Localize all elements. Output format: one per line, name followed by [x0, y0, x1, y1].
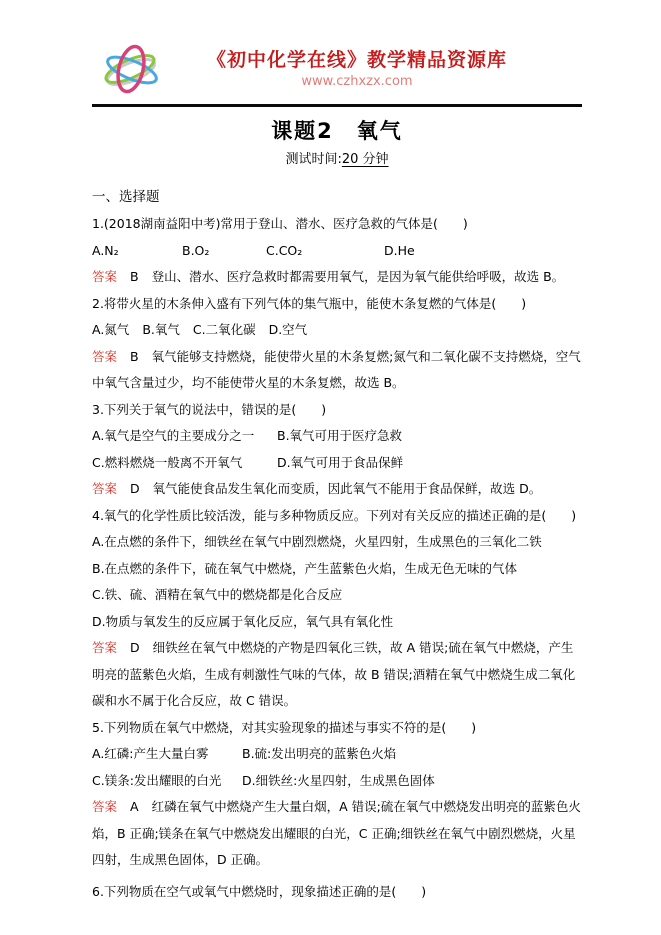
option: A.氧气是空气的主要成分之一 [92, 423, 277, 450]
page-title: 课题2 氧气 [92, 117, 582, 145]
question-stem: 2.将带火星的木条伸入盛有下列气体的集气瓶中，能使木条复燃的气体是( ) [92, 291, 582, 318]
header-divider [92, 104, 582, 107]
answer: 答案B登山、潜水、医疗急救时都需要用氧气，是因为氧气能供给呼吸，故选 B。 [92, 264, 582, 291]
question-6: 6.下列物质在空气或氧气中燃烧时，现象描述正确的是( ) [92, 879, 582, 906]
site-header: 《初中化学在线》教学精品资源库 www.czhxzx.com [92, 42, 582, 96]
question-3: 3.下列关于氧气的说法中，错误的是( )A.氧气是空气的主要成分之一B.氧气可用… [92, 397, 582, 503]
site-header-text: 《初中化学在线》教学精品资源库 www.czhxzx.com [172, 48, 582, 90]
answer-explanation: 登山、潜水、医疗急救时都需要用氧气，是因为氧气能供给呼吸，故选 B。 [152, 269, 565, 284]
option: A.氮气 [92, 317, 129, 344]
option: A.红磷:产生大量白雾 [92, 741, 242, 768]
option: D.氧气可用于食品保鲜 [277, 450, 403, 477]
option-row: B.在点燃的条件下，硫在氧气中燃烧，产生蓝紫色火焰，生成无色无味的气体 [92, 556, 582, 583]
answer-letter: B [130, 269, 139, 284]
option-row: D.物质与氧发生的反应属于氧化反应，氧气具有氧化性 [92, 609, 582, 636]
answer-label: 答案 [92, 349, 117, 364]
option-row: A.红磷:产生大量白雾B.硫:发出明亮的蓝紫色火焰 [92, 741, 582, 768]
option: B.氧气 [142, 317, 180, 344]
question-stem: 6.下列物质在空气或氧气中燃烧时，现象描述正确的是( ) [92, 879, 582, 906]
option: C.镁条:发出耀眼的白光 [92, 768, 242, 795]
option: C.CO₂ [266, 238, 384, 265]
test-time-value: 20 分钟 [342, 152, 389, 167]
answer-letter: D [130, 481, 140, 496]
answer-letter: A [130, 799, 139, 814]
answer-explanation: 氧气能使食品发生氧化而变质，因此氧气不能用于食品保鲜，故选 D。 [153, 481, 542, 496]
answer-explanation: 红磷在氧气中燃烧产生大量白烟，A 错误;硫在氧气中燃烧发出明亮的蓝紫色火焰，B … [92, 799, 581, 867]
option: A.在点燃的条件下，细铁丝在氧气中剧烈燃烧，火星四射，生成黑色的三氧化二铁 [92, 529, 542, 556]
question-4: 4.氧气的化学性质比较活泼，能与多种物质反应。下列对有关反应的描述正确的是( )… [92, 503, 582, 715]
section-heading: 一、选择题 [92, 184, 582, 211]
option: B.O₂ [182, 238, 266, 265]
answer-explanation: 细铁丝在氧气中燃烧的产物是四氧化三铁，故 A 错误;硫在氧气中燃烧，产生明亮的蓝… [92, 640, 575, 708]
option: A.N₂ [92, 238, 182, 265]
atom-logo-icon [92, 42, 172, 96]
option-row: A.氧气是空气的主要成分之一B.氧气可用于医疗急救 [92, 423, 582, 450]
answer-letter: D [130, 640, 140, 655]
option-row: A.N₂B.O₂C.CO₂D.He [92, 238, 582, 265]
answer-label: 答案 [92, 269, 117, 284]
option: D.空气 [269, 317, 308, 344]
question-stem: 3.下列关于氧气的说法中，错误的是( ) [92, 397, 582, 424]
option-row: C.燃料燃烧一般离不开氧气D.氧气可用于食品保鲜 [92, 450, 582, 477]
option: D.细铁丝:火星四射，生成黑色固体 [242, 768, 435, 795]
question-5: 5.下列物质在氧气中燃烧，对其实验现象的描述与事实不符的是( )A.红磷:产生大… [92, 715, 582, 874]
option-row: A.氮气B.氧气C.二氧化碳D.空气 [92, 317, 582, 344]
answer-explanation: 氧气能够支持燃烧，能使带火星的木条复燃;氮气和二氧化碳不支持燃烧，空气中氧气含量… [92, 349, 581, 391]
answer-label: 答案 [92, 481, 117, 496]
test-time-line: 测试时间:20 分钟 [92, 151, 582, 169]
question-stem: 4.氧气的化学性质比较活泼，能与多种物质反应。下列对有关反应的描述正确的是( ) [92, 503, 582, 530]
option: C.铁、硫、酒精在氧气中的燃烧都是化合反应 [92, 582, 342, 609]
answer-letter: B [130, 349, 139, 364]
option: D.物质与氧发生的反应属于氧化反应，氧气具有氧化性 [92, 609, 393, 636]
option: D.He [384, 238, 415, 265]
option: C.二氧化碳 [193, 317, 256, 344]
option: B.在点燃的条件下，硫在氧气中燃烧，产生蓝紫色火焰，生成无色无味的气体 [92, 556, 517, 583]
option-row: C.铁、硫、酒精在氧气中的燃烧都是化合反应 [92, 582, 582, 609]
worksheet-page: 《初中化学在线》教学精品资源库 www.czhxzx.com 课题2 氧气 测试… [0, 0, 661, 935]
site-title: 《初中化学在线》教学精品资源库 [172, 48, 542, 72]
option-row: A.在点燃的条件下，细铁丝在氧气中剧烈燃烧，火星四射，生成黑色的三氧化二铁 [92, 529, 582, 556]
answer-label: 答案 [92, 799, 117, 814]
answer: 答案B氧气能够支持燃烧，能使带火星的木条复燃;氮气和二氧化碳不支持燃烧，空气中氧… [92, 344, 582, 397]
question-1: 1.(2018湖南益阳中考)常用于登山、潜水、医疗急救的气体是( )A.N₂B.… [92, 211, 582, 291]
option: B.氧气可用于医疗急救 [277, 423, 402, 450]
test-time-label: 测试时间: [285, 152, 341, 167]
content-area: 《初中化学在线》教学精品资源库 www.czhxzx.com 课题2 氧气 测试… [92, 0, 582, 905]
answer: 答案A红磷在氧气中燃烧产生大量白烟，A 错误;硫在氧气中燃烧发出明亮的蓝紫色火焰… [92, 794, 582, 874]
answer: 答案D氧气能使食品发生氧化而变质，因此氧气不能用于食品保鲜，故选 D。 [92, 476, 582, 503]
answer-label: 答案 [92, 640, 117, 655]
option: B.硫:发出明亮的蓝紫色火焰 [242, 741, 396, 768]
option: C.燃料燃烧一般离不开氧气 [92, 450, 277, 477]
question-stem: 1.(2018湖南益阳中考)常用于登山、潜水、医疗急救的气体是( ) [92, 211, 582, 238]
question-2: 2.将带火星的木条伸入盛有下列气体的集气瓶中，能使木条复燃的气体是( )A.氮气… [92, 291, 582, 397]
question-stem: 5.下列物质在氧气中燃烧，对其实验现象的描述与事实不符的是( ) [92, 715, 582, 742]
site-url: www.czhxzx.com [172, 73, 542, 90]
answer: 答案D细铁丝在氧气中燃烧的产物是四氧化三铁，故 A 错误;硫在氧气中燃烧，产生明… [92, 635, 582, 715]
question-list: 1.(2018湖南益阳中考)常用于登山、潜水、医疗急救的气体是( )A.N₂B.… [92, 211, 582, 905]
option-row: C.镁条:发出耀眼的白光D.细铁丝:火星四射，生成黑色固体 [92, 768, 582, 795]
